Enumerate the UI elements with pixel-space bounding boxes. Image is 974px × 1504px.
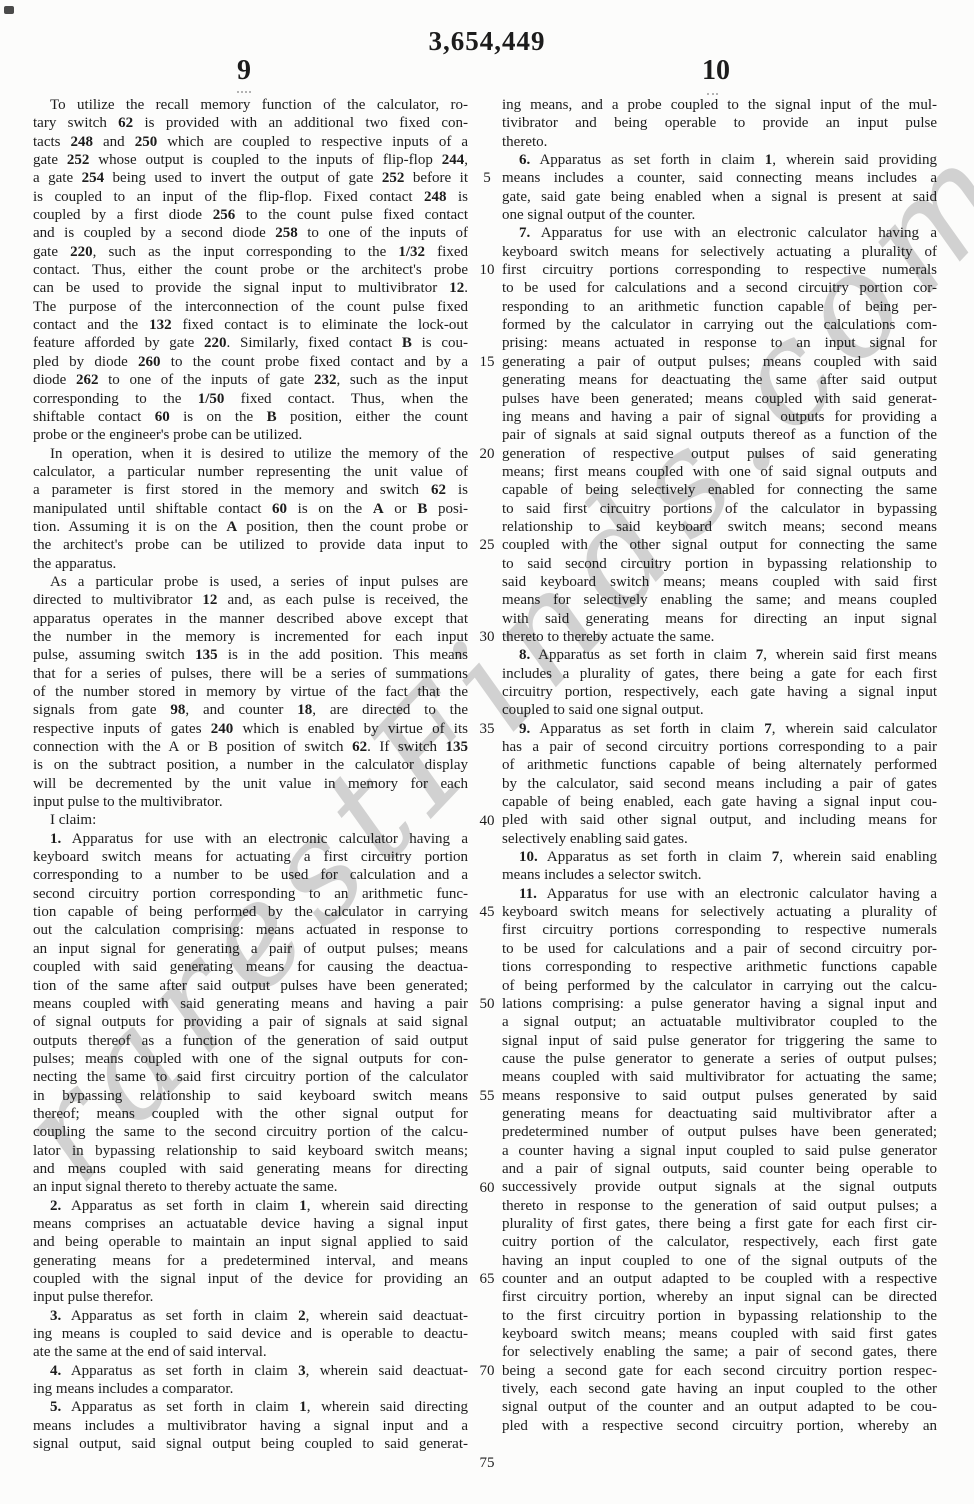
- text-line: calculator, a particular number represen…: [33, 463, 468, 481]
- text-line: a signal output; an actuatable multivibr…: [502, 1013, 937, 1031]
- text-line: responding to an arithmetic function cap…: [502, 298, 937, 316]
- text-line: tion. Assuming it is on the A position, …: [33, 518, 468, 536]
- text-line: coupled to said one signal output.: [502, 701, 937, 719]
- text-line: can be used to provide the signal input …: [33, 279, 468, 297]
- text-line: 6. Apparatus as set forth in claim 1, wh…: [502, 151, 937, 169]
- text-line: said keyboard switch means; means couple…: [502, 573, 937, 591]
- line-number: 25: [468, 536, 506, 554]
- text-line: manipulated until shiftable contact 60 i…: [33, 500, 468, 518]
- text-line: one signal output of the counter.: [502, 206, 937, 224]
- column-number-underline: [707, 93, 718, 95]
- column-right: ing means, and a probe coupled to the si…: [502, 96, 937, 1435]
- text-line: 3. Apparatus as set forth in claim 2, wh…: [33, 1307, 468, 1325]
- text-line: signal input of said pulse generator for…: [502, 1032, 937, 1050]
- text-line: pulse, assuming switch 135 is in the add…: [33, 646, 468, 664]
- column-number-right: 10: [696, 55, 736, 87]
- text-line: feature afforded by gate 220. Similarly,…: [33, 334, 468, 352]
- text-line: signal output of the counter and an outp…: [502, 1398, 937, 1416]
- text-line: a counter having a signal input coupled …: [502, 1142, 937, 1160]
- text-line: plurality of first gates, there being a …: [502, 1215, 937, 1233]
- text-line: apparatus operates in the manner describ…: [33, 610, 468, 628]
- text-line: and a pair of signal outputs, said count…: [502, 1160, 937, 1178]
- text-line: cause the pulse generator to generate a …: [502, 1050, 937, 1068]
- text-line: coupled with the other signal output for…: [502, 536, 937, 554]
- text-line: means includes a counter, said connectin…: [502, 169, 937, 187]
- text-line: generation of respective output pulses o…: [502, 445, 937, 463]
- text-line: is on the subtract position, a number in…: [33, 756, 468, 774]
- line-number: 40: [468, 812, 506, 830]
- text-line: input pulse to the multivibrator.: [33, 793, 468, 811]
- text-line: means responsive to said output pulses g…: [502, 1087, 937, 1105]
- text-line: first circuitry portion, whereby an inpu…: [502, 1288, 937, 1306]
- text-line: out the calculation comprising: means ac…: [33, 921, 468, 939]
- text-line: corresponding to a number to be used for…: [33, 866, 468, 884]
- text-line: The purpose of the interconnection of th…: [33, 298, 468, 316]
- scan-artifact-mark: [4, 6, 14, 14]
- text-line: necting the same to said first circuitry…: [33, 1068, 468, 1086]
- text-line: 9. Apparatus as set forth in claim 7, wh…: [502, 720, 937, 738]
- text-line: means; first means coupled with one of s…: [502, 463, 937, 481]
- text-line: has a pair of second circuitry portions …: [502, 738, 937, 756]
- text-line: means includes a multivibrator having a …: [33, 1417, 468, 1435]
- text-line: probe or the engineer's probe can be uti…: [33, 426, 468, 444]
- text-line: In operation, when it is desired to util…: [33, 445, 468, 463]
- line-number: 20: [468, 445, 506, 463]
- text-line: outputs thereof as a function of the gen…: [33, 1032, 468, 1050]
- text-line: 5. Apparatus as set forth in claim 1, wh…: [33, 1398, 468, 1416]
- text-line: for selectively enabling the same; a pai…: [502, 1343, 937, 1361]
- text-line: pled with said other signal output, and …: [502, 811, 937, 829]
- line-number: 70: [468, 1362, 506, 1380]
- text-line: cuitry portion of the calculator, respec…: [502, 1233, 937, 1251]
- line-number: 55: [468, 1087, 506, 1105]
- text-line: a parameter is first stored in the memor…: [33, 481, 468, 499]
- text-line: counter and an output adapted to be coup…: [502, 1270, 937, 1288]
- text-line: generating means for a predetermined int…: [33, 1252, 468, 1270]
- patent-page: 3,654,449 9 10 rarestFinds.com To utiliz…: [0, 0, 974, 1504]
- line-number: 10: [468, 261, 506, 279]
- text-line: corresponding to the 1/50 fixed contact.…: [33, 390, 468, 408]
- text-line: selectively enabling said gates.: [502, 830, 937, 848]
- text-line: the number in the memory is incremented …: [33, 628, 468, 646]
- text-line: of being performed by the calculator in …: [502, 977, 937, 995]
- line-number: 60: [468, 1179, 506, 1197]
- line-number: 30: [468, 628, 506, 646]
- text-line: connection with the A or B position of s…: [33, 738, 468, 756]
- text-line: means for selectively enabling the same;…: [502, 591, 937, 609]
- text-line: second circuitry portion corresponding t…: [33, 885, 468, 903]
- text-line: directed to multivibrator 12 and, as eac…: [33, 591, 468, 609]
- text-line: lations comprising: a pulse generator ha…: [502, 995, 937, 1013]
- text-line: to said first circuitry portions of the …: [502, 500, 937, 518]
- text-line: thereto.: [502, 133, 937, 151]
- text-line: input pulse therefor.: [33, 1288, 468, 1306]
- text-line: 2. Apparatus as set forth in claim 1, wh…: [33, 1197, 468, 1215]
- text-line: ing means is coupled to said device and …: [33, 1325, 468, 1343]
- text-line: with said generating means for directing…: [502, 610, 937, 628]
- text-line: To utilize the recall memory function of…: [33, 96, 468, 114]
- text-line: circuitry portion, respectively, each ga…: [502, 683, 937, 701]
- text-line: prising: means actuated in response to a…: [502, 334, 937, 352]
- patent-text-block: To utilize the recall memory function of…: [0, 96, 974, 1486]
- text-line: coupled by a first diode 256 to the coun…: [33, 206, 468, 224]
- text-line: contact. Thus, either the count probe or…: [33, 261, 468, 279]
- text-line: signals from gate 98, and counter 18, ar…: [33, 701, 468, 719]
- text-line: 11. Apparatus for use with an electronic…: [502, 885, 937, 903]
- line-number: 65: [468, 1270, 506, 1288]
- text-line: of the number stored in memory by virtue…: [33, 683, 468, 701]
- text-line: predetermined number of output pulses ha…: [502, 1123, 937, 1141]
- text-line: gate 252 whose output is coupled to the …: [33, 151, 468, 169]
- text-line: 4. Apparatus as set forth in claim 3, wh…: [33, 1362, 468, 1380]
- text-line: thereto to thereby actuate the same.: [502, 628, 937, 646]
- text-line: will be decremented by the unit value in…: [33, 775, 468, 793]
- text-line: a gate 254 being used to invert the outp…: [33, 169, 468, 187]
- column-number-left: 9: [228, 55, 260, 87]
- column-number-underline: [237, 91, 251, 93]
- line-number-gutter: 51015202530354045505560657075: [468, 96, 506, 1486]
- text-line: to said second circuitry portion in bypa…: [502, 555, 937, 573]
- text-line: lator in bypassing relationship to said …: [33, 1142, 468, 1160]
- text-line: first circuitry portions corresponding t…: [502, 261, 937, 279]
- text-line: means includes a selector switch.: [502, 866, 937, 884]
- text-line: to be used for calculations and a pair o…: [502, 940, 937, 958]
- text-line: pulses have been generated; means couple…: [502, 390, 937, 408]
- text-line: diode 262 to one of the inputs of gate 2…: [33, 371, 468, 389]
- text-line: tary switch 62 is provided with an addit…: [33, 114, 468, 132]
- text-line: contact and the 132 fixed contact is to …: [33, 316, 468, 334]
- text-line: shiftable contact 60 is on the B positio…: [33, 408, 468, 426]
- text-line: tion of the same after said output pulse…: [33, 977, 468, 995]
- text-line: pled by diode 260 to the count probe fix…: [33, 353, 468, 371]
- text-line: pair of signals at said signal outputs t…: [502, 426, 937, 444]
- text-line: the apparatus.: [33, 555, 468, 573]
- text-line: generating a pair of output pulses; mean…: [502, 353, 937, 371]
- text-line: being a second gate for each second circ…: [502, 1362, 937, 1380]
- text-line: keyboard switch means for selectively ac…: [502, 903, 937, 921]
- text-line: I claim:: [33, 811, 468, 829]
- text-line: means comprises an actuatable device hav…: [33, 1215, 468, 1233]
- text-line: coupling the same to the second circuitr…: [33, 1123, 468, 1141]
- text-line: ing means and having a pair of signal ou…: [502, 408, 937, 426]
- text-line: and means coupled with said generating m…: [33, 1160, 468, 1178]
- text-line: relationship to said keyboard switch mea…: [502, 518, 937, 536]
- text-line: and is coupled by a second diode 258 to …: [33, 224, 468, 242]
- text-line: keyboard switch means for selectively ac…: [502, 243, 937, 261]
- text-line: gate, said gate being enabled when a sig…: [502, 188, 937, 206]
- text-line: to the first circuitry portion in bypass…: [502, 1307, 937, 1325]
- text-line: by the calculator, said second means inc…: [502, 775, 937, 793]
- text-line: is coupled to an input of the flip-flop.…: [33, 188, 468, 206]
- line-number: 75: [468, 1454, 506, 1472]
- text-line: keyboard switch means; means coupled wit…: [502, 1325, 937, 1343]
- text-line: tions corresponding to respective arithm…: [502, 958, 937, 976]
- text-line: ate the same at the end of said interval…: [33, 1343, 468, 1361]
- text-line: an input signal for generating a pair of…: [33, 940, 468, 958]
- text-line: in bypassing relationship to said keyboa…: [33, 1087, 468, 1105]
- text-line: ing means, and a probe coupled to the si…: [502, 96, 937, 114]
- text-line: tivibrator and being operable to provide…: [502, 114, 937, 132]
- text-line: formed by the calculator in carrying out…: [502, 316, 937, 334]
- text-line: means coupled with said generating means…: [33, 995, 468, 1013]
- text-line: thereof; means coupled with the other si…: [33, 1105, 468, 1123]
- text-line: of signal outputs for providing a pair o…: [33, 1013, 468, 1031]
- line-number: 5: [468, 169, 506, 187]
- text-line: gate 220, such as the input correspondin…: [33, 243, 468, 261]
- text-line: that for a series of pulses, there will …: [33, 665, 468, 683]
- text-line: having an input coupled to one of the si…: [502, 1252, 937, 1270]
- text-line: coupled with said generating means for c…: [33, 958, 468, 976]
- text-line: the architect's probe can be utilized to…: [33, 536, 468, 554]
- text-line: an input signal thereto to thereby actua…: [33, 1178, 468, 1196]
- text-line: generating means for deactuating the sam…: [502, 371, 937, 389]
- text-line: respective inputs of gates 240 which is …: [33, 720, 468, 738]
- text-line: tacts 248 and 250 which are coupled to r…: [33, 133, 468, 151]
- text-line: keyboard switch means for actuating a fi…: [33, 848, 468, 866]
- patent-number: 3,654,449: [0, 26, 974, 57]
- line-number: 50: [468, 995, 506, 1013]
- line-number: 15: [468, 353, 506, 371]
- line-number: 35: [468, 720, 506, 738]
- text-line: tion capable of being performed by the c…: [33, 903, 468, 921]
- text-line: pled with a respective second circuitry …: [502, 1417, 937, 1435]
- text-line: thereto in response to the generation of…: [502, 1197, 937, 1215]
- text-line: 8. Apparatus as set forth in claim 7, wh…: [502, 646, 937, 664]
- text-line: capable of being enabled, each gate havi…: [502, 793, 937, 811]
- column-left: To utilize the recall memory function of…: [33, 96, 468, 1453]
- text-line: capable of being selectively enabled for…: [502, 481, 937, 499]
- text-line: pulses; means coupled with one of the si…: [33, 1050, 468, 1068]
- text-line: As a particular probe is used, a series …: [33, 573, 468, 591]
- text-line: tively, each second gate having an input…: [502, 1380, 937, 1398]
- text-line: includes a plurality of gates, there bei…: [502, 665, 937, 683]
- text-line: generating means for deactuating said mu…: [502, 1105, 937, 1123]
- text-line: means coupled with said multivibrator fo…: [502, 1068, 937, 1086]
- text-line: and being operable to maintain an input …: [33, 1233, 468, 1251]
- text-line: first circuitry portions corresponding t…: [502, 921, 937, 939]
- text-line: 10. Apparatus as set forth in claim 7, w…: [502, 848, 937, 866]
- text-line: successively provide output signals at t…: [502, 1178, 937, 1196]
- text-line: 1. Apparatus for use with an electronic …: [33, 830, 468, 848]
- text-line: coupled with the signal input of the dev…: [33, 1270, 468, 1288]
- text-line: 7. Apparatus for use with an electronic …: [502, 224, 937, 242]
- text-line: of arithmetic functions capable of being…: [502, 756, 937, 774]
- text-line: ing means includes a comparator.: [33, 1380, 468, 1398]
- text-line: signal output, said signal output being …: [33, 1435, 468, 1453]
- text-line: to be used for calculations and a second…: [502, 279, 937, 297]
- line-number: 45: [468, 903, 506, 921]
